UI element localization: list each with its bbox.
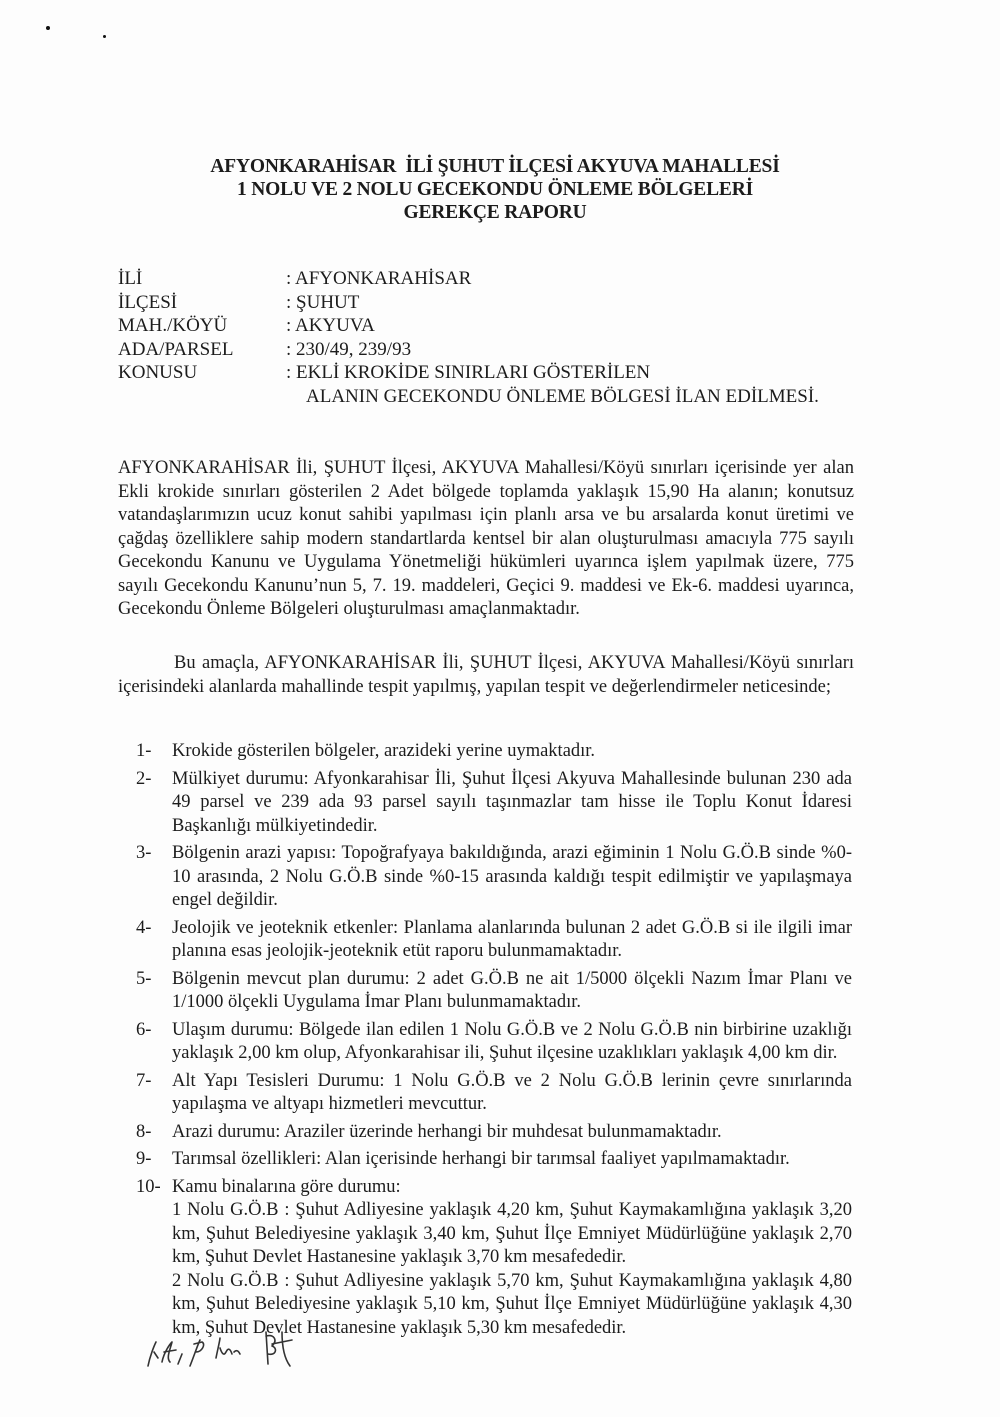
list-item: 8-Arazi durumu: Araziler üzerinde herhan… (136, 1121, 852, 1145)
meta-label: KONUSU (118, 361, 286, 385)
findings-list: 1-Krokide gösterilen bölgeler, arazideki… (136, 740, 852, 1344)
item-number: 10- (136, 1176, 172, 1341)
list-item: 1-Krokide gösterilen bölgeler, arazideki… (136, 740, 852, 764)
meta-value: : AKYUVA (286, 314, 375, 338)
item-number: 1- (136, 740, 172, 764)
title-line-3: GEREKÇE RAPORU (150, 201, 840, 224)
meta-value: : 230/49, 239/93 (286, 338, 411, 362)
meta-row-mahalle: MAH./KÖYÜ : AKYUVA (118, 314, 819, 338)
list-item: 2-Mülkiyet durumu: Afyonkarahisar İli, Ş… (136, 768, 852, 839)
item-text: Ulaşım durumu: Bölgede ilan edilen 1 Nol… (172, 1019, 852, 1066)
meta-label: MAH./KÖYÜ (118, 314, 286, 338)
item-number: 3- (136, 842, 172, 913)
meta-row-ada-parsel: ADA/PARSEL : 230/49, 239/93 (118, 338, 819, 362)
list-item: 10- Kamu binalarına göre durumu: 1 Nolu … (136, 1176, 852, 1341)
list-item: 4-Jeolojik ve jeoteknik etkenler: Planla… (136, 917, 852, 964)
list-item: 3-Bölgenin arazi yapısı: Topoğrafyaya ba… (136, 842, 852, 913)
list-item: 7-Alt Yapı Tesisleri Durumu: 1 Nolu G.Ö.… (136, 1070, 852, 1117)
meta-value: : EKLİ KROKİDE SINIRLARI GÖSTERİLEN (286, 361, 650, 385)
list-item: 9-Tarımsal özellikleri: Alan içerisinde … (136, 1148, 852, 1172)
list-item: 6-Ulaşım durumu: Bölgede ilan edilen 1 N… (136, 1019, 852, 1066)
purpose-paragraph: Bu amaçla, AFYONKARAHİSAR İli, ŞUHUT İlç… (118, 652, 854, 699)
item-text: Kamu binalarına göre durumu: (172, 1177, 401, 1197)
sub-item-gob-1: 1 Nolu G.Ö.B : Şuhut Adliyesine yaklaşık… (172, 1199, 852, 1270)
item-text-block: Kamu binalarına göre durumu: 1 Nolu G.Ö.… (172, 1176, 852, 1341)
item-number: 2- (136, 768, 172, 839)
intro-paragraph: AFYONKARAHİSAR İli, ŞUHUT İlçesi, AKYUVA… (118, 457, 854, 622)
meta-row-il: İLİ : AFYONKARAHİSAR (118, 267, 819, 291)
title-line-2: 1 NOLU VE 2 NOLU GECEKONDU ÖNLEME BÖLGEL… (150, 178, 840, 201)
meta-row-konusu: KONUSU : EKLİ KROKİDE SINIRLARI GÖSTERİL… (118, 361, 819, 385)
item-text: Bölgenin arazi yapısı: Topoğrafyaya bakı… (172, 842, 852, 913)
scan-speck (46, 26, 50, 30)
item-number: 4- (136, 917, 172, 964)
meta-block: İLİ : AFYONKARAHİSAR İLÇESİ : ŞUHUT MAH.… (118, 267, 819, 408)
item-number: 5- (136, 968, 172, 1015)
item-text: Bölgenin mevcut plan durumu: 2 adet G.Ö.… (172, 968, 852, 1015)
meta-label: ADA/PARSEL (118, 338, 286, 362)
meta-row-ilce: İLÇESİ : ŞUHUT (118, 291, 819, 315)
item-text: Krokide gösterilen bölgeler, arazideki y… (172, 740, 852, 764)
meta-konusu-continuation: ALANIN GECEKONDU ÖNLEME BÖLGESİ İLAN EDİ… (118, 385, 819, 409)
scan-speck (103, 35, 106, 38)
handwritten-signatures-icon (140, 1318, 340, 1378)
document-title: AFYONKARAHİSAR İLİ ŞUHUT İLÇESİ AKYUVA M… (150, 155, 840, 224)
title-line-1: AFYONKARAHİSAR İLİ ŞUHUT İLÇESİ AKYUVA M… (150, 155, 840, 178)
item-text: Alt Yapı Tesisleri Durumu: 1 Nolu G.Ö.B … (172, 1070, 852, 1117)
item-number: 6- (136, 1019, 172, 1066)
item-text: Tarımsal özellikleri: Alan içerisinde he… (172, 1148, 852, 1172)
list-item: 5-Bölgenin mevcut plan durumu: 2 adet G.… (136, 968, 852, 1015)
item-text: Arazi durumu: Araziler üzerinde herhangi… (172, 1121, 852, 1145)
item-number: 7- (136, 1070, 172, 1117)
meta-value: : ŞUHUT (286, 291, 359, 315)
meta-label: İLİ (118, 267, 286, 291)
meta-value: : AFYONKARAHİSAR (286, 267, 471, 291)
item-number: 9- (136, 1148, 172, 1172)
item-text: Mülkiyet durumu: Afyonkarahisar İli, Şuh… (172, 768, 852, 839)
meta-label: İLÇESİ (118, 291, 286, 315)
item-text: Jeolojik ve jeoteknik etkenler: Planlama… (172, 917, 852, 964)
item-number: 8- (136, 1121, 172, 1145)
